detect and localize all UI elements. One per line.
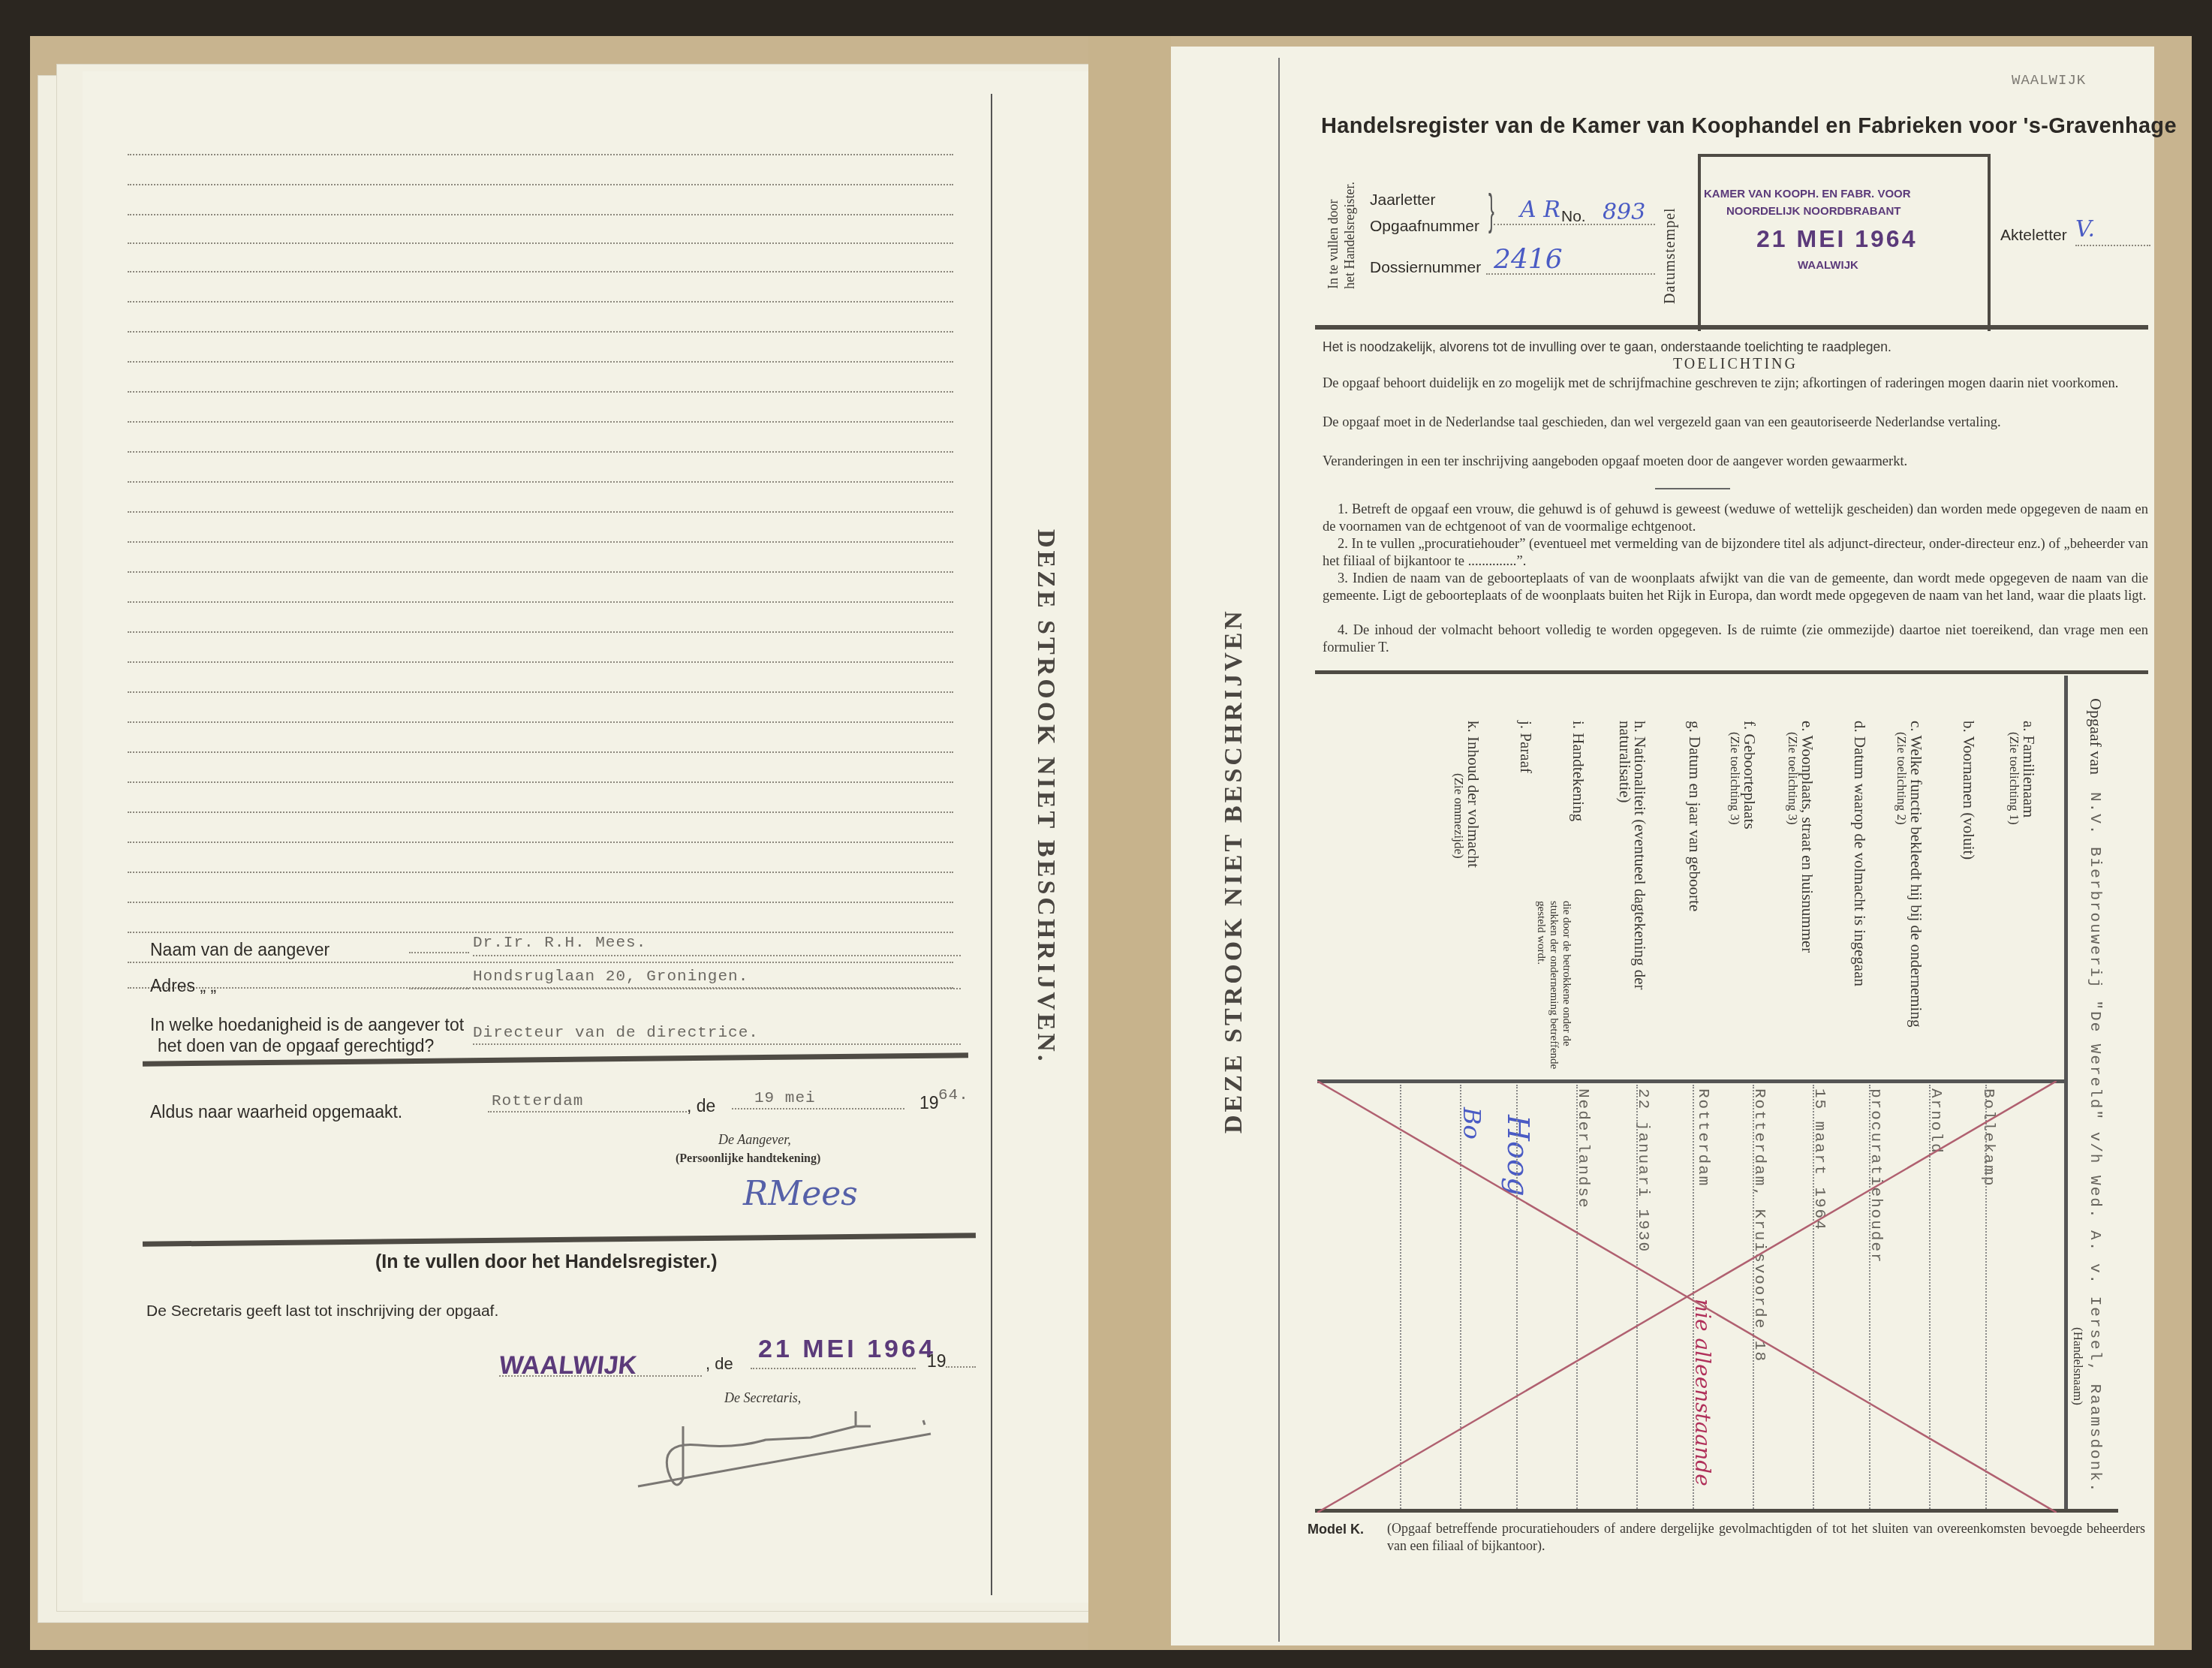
ruled-line <box>128 391 953 393</box>
ruled-line <box>128 781 953 783</box>
dossiernummer-line <box>1486 273 1655 275</box>
short-divider <box>1655 488 1730 489</box>
akteletter-line <box>2075 245 2150 246</box>
hoedanigheid-label-1: In welke hoedanigheid is de aangever tot <box>150 1015 464 1035</box>
secretaris-signature <box>630 1396 946 1501</box>
handelsregister-side-label: In te vullen door het Handelsregister. <box>1325 182 1358 289</box>
ruled-line <box>128 962 953 963</box>
folder-spine <box>1088 36 1171 1650</box>
row-label-inhoud: k. Inhoud der volmacht <box>1464 721 1482 868</box>
left-strip-warning: DEZE STROOK NIET BESCHRIJVEN. <box>1031 529 1060 1064</box>
ruled-line <box>128 331 953 333</box>
note-4: 4. De inhoud der volmacht behoort volled… <box>1323 622 2148 657</box>
toelichting-heading: TOELICHTING <box>1323 356 2148 373</box>
adres-label: Adres „ „ <box>150 976 216 996</box>
stamp-line2: NOORDELIJK NOORDBRABANT <box>1726 205 1901 218</box>
place-line <box>488 1111 687 1113</box>
naam-line <box>473 955 961 956</box>
naam-label: Naam van de aangever <box>150 940 330 960</box>
opgaaf-van-column-line <box>2064 676 2068 1510</box>
form-title: Handelsregister van de Kamer van Koophan… <box>1321 114 2177 139</box>
intro-text: Het is noodzakelijk, alvorens tot de inv… <box>1323 339 2148 356</box>
jaarletter-value: A R <box>1520 197 1560 223</box>
ruled-line <box>128 154 953 155</box>
aangever-sig-label: De Aangever, <box>718 1132 791 1148</box>
date-line <box>732 1108 904 1109</box>
ruled-line <box>128 541 953 543</box>
right-strip-warning: DEZE STROOK NIET BESCHRIJVEN <box>1220 608 1248 1134</box>
ruled-line <box>128 271 953 272</box>
ruled-line <box>128 184 953 185</box>
header-divider <box>1315 325 2148 330</box>
ruled-line <box>128 902 953 903</box>
ruled-line <box>128 301 953 303</box>
row-label-datum-volmacht: d. Datum waarop de volmacht is ingegaan <box>1850 721 1869 986</box>
model-label: Model K. <box>1308 1522 1364 1537</box>
strip-boundary-line <box>1278 58 1280 1642</box>
de-label: , de <box>687 1096 715 1116</box>
row-label-paraaf: j. Paraaf <box>1516 721 1535 773</box>
adres-value: Hondsruglaan 20, Groningen. <box>473 968 748 986</box>
adres-line <box>473 988 961 989</box>
persoonlijke-handtekening-label: (Persoonlijke handtekening) <box>676 1152 820 1166</box>
date-line <box>751 1368 916 1369</box>
row-label-voornamen: b. Voornamen (voluit) <box>1959 721 1978 860</box>
opgaafnummer-label: Opgaafnummer <box>1370 218 1479 236</box>
row-sub-functie: (Zie toelichting 2) <box>1894 732 1909 825</box>
toelichting-paragraph: De opgaaf behoort duidelijk en zo mogeli… <box>1323 375 2148 393</box>
secretaris-date-stamp: 21 MEI 1964 <box>758 1335 936 1364</box>
strip-boundary-line <box>991 94 992 1595</box>
toelichting-paragraph: De opgaaf moet in de Nederlandse taal ge… <box>1323 414 2148 432</box>
ruled-line <box>128 811 953 813</box>
row-label-familienaam: a. Familienaam <box>2019 721 2038 817</box>
ruled-line <box>128 571 953 573</box>
table-top-rule <box>1315 670 2148 674</box>
ruled-line <box>128 214 953 215</box>
ruled-line <box>128 721 953 723</box>
opgaaf-van-value: N.V. Bierbrouwerij "De Wereld" v/h Wed. … <box>2086 792 2103 1494</box>
ruled-line <box>128 601 953 603</box>
secretaris-instruction: De Secretaris geeft last tot inschrijvin… <box>146 1302 498 1320</box>
hoedanigheid-value: Directeur van de directrice. <box>473 1025 759 1042</box>
cross-out-mark <box>1317 1081 2057 1513</box>
handelsnaam-label: (Handelsnaam) <box>2070 1327 2085 1405</box>
place-value: Rotterdam <box>492 1093 583 1110</box>
ruled-line <box>128 872 953 873</box>
ruled-line <box>128 842 953 843</box>
date-value: 19 mei <box>754 1090 816 1107</box>
place-line <box>499 1375 702 1377</box>
brace-note: die door de betrokkene onder de stukken … <box>1534 901 1572 1073</box>
stamp-place: WAALWIJK <box>1798 259 1858 272</box>
ruled-line <box>128 751 953 753</box>
row-label-woonplaats: e. Woonplaats, straat en huisnummer <box>1798 721 1816 953</box>
note-1: 1. Betreft de opgaaf een vrouw, die gehu… <box>1323 501 2148 536</box>
brace: } <box>1488 185 1494 235</box>
ruled-line <box>128 421 953 423</box>
akteletter-label: Akteletter <box>2000 227 2067 245</box>
aangever-signature: RMees <box>743 1175 858 1213</box>
leader-dots <box>409 988 469 989</box>
waalwijk-overstamp: WAALWIJK <box>2012 72 2086 89</box>
side-label-line2: het Handelsregister. <box>1341 182 1358 289</box>
row-label-geboorteplaats: f. Geboorteplaats <box>1740 721 1759 829</box>
hoedanigheid-label-2: het doen van de opgaaf gerechtigd? <box>158 1036 434 1056</box>
ruled-line <box>128 631 953 633</box>
stamp-date: 21 MEI 1964 <box>1756 225 1917 253</box>
akteletter-value: V. <box>2075 216 2095 242</box>
jaarletter-label: Jaarletter <box>1370 191 1436 209</box>
note-2: 2. In te vullen „procuratiehouder” (even… <box>1323 536 2148 571</box>
datumstempel-label: Datumstempel <box>1662 207 1679 304</box>
aldus-label: Aldus naar waarheid opgemaakt. <box>150 1102 402 1122</box>
row-label-geboortedatum: g. Datum en jaar van geboorte <box>1685 721 1704 911</box>
ruled-line <box>128 511 953 513</box>
dossiernummer-label: Dossiernummer <box>1370 259 1481 277</box>
stamp-line1: KAMER VAN KOOPH. EN FABR. VOOR <box>1704 188 1911 200</box>
naam-value: Dr.Ir. R.H. Mees. <box>473 935 646 952</box>
side-label-line1: In te vullen door <box>1325 182 1341 289</box>
toelichting-paragraph: Veranderingen in een ter inschrijving aa… <box>1323 453 2148 471</box>
opgaafnummer-line <box>1494 224 1655 225</box>
ruled-line <box>128 661 953 663</box>
ruled-line <box>128 361 953 363</box>
row-label-nationaliteit: h. Nationaliteit (eventueel dagtekening … <box>1618 721 1648 1036</box>
de-label: , de <box>706 1354 733 1374</box>
leader-dots <box>409 952 469 953</box>
year-prefix: 19 <box>927 1351 946 1371</box>
row-label-functie: c. Welke functie bekleedt hij bij de ond… <box>1907 721 1925 1027</box>
year-value: 64. <box>938 1087 969 1104</box>
opgaafnummer-value: 893 <box>1603 199 1645 225</box>
row-sub-familienaam: (Zie toelichting 1) <box>2006 732 2021 825</box>
opgaaf-van-label: Opgaaf van <box>2086 698 2105 775</box>
dossiernummer-value: 2416 <box>1494 244 1563 275</box>
row-sub-inhoud: (Zie ommezijde) <box>1451 773 1466 859</box>
ruled-line <box>128 481 953 483</box>
note-3: 3. Indien de naam van de geboorteplaats … <box>1323 571 2148 605</box>
hoedanigheid-line <box>473 1043 961 1045</box>
ruled-line <box>128 691 953 693</box>
year-line <box>946 1366 976 1368</box>
row-sub-geboorteplaats: (Zie toelichting 3) <box>1727 732 1742 825</box>
ruled-line <box>128 932 953 933</box>
model-description: (Opgaaf betreffende procuratiehouders of… <box>1387 1520 2145 1555</box>
year-prefix: 19 <box>919 1093 939 1113</box>
handelsregister-heading: (In te vullen door het Handelsregister.) <box>375 1251 718 1273</box>
ruled-line <box>128 451 953 453</box>
row-label-handtekening: i. Handtekening <box>1569 721 1588 821</box>
row-sub-woonplaats: (Zie toelichting 3) <box>1785 732 1800 825</box>
ruled-line <box>128 242 953 244</box>
